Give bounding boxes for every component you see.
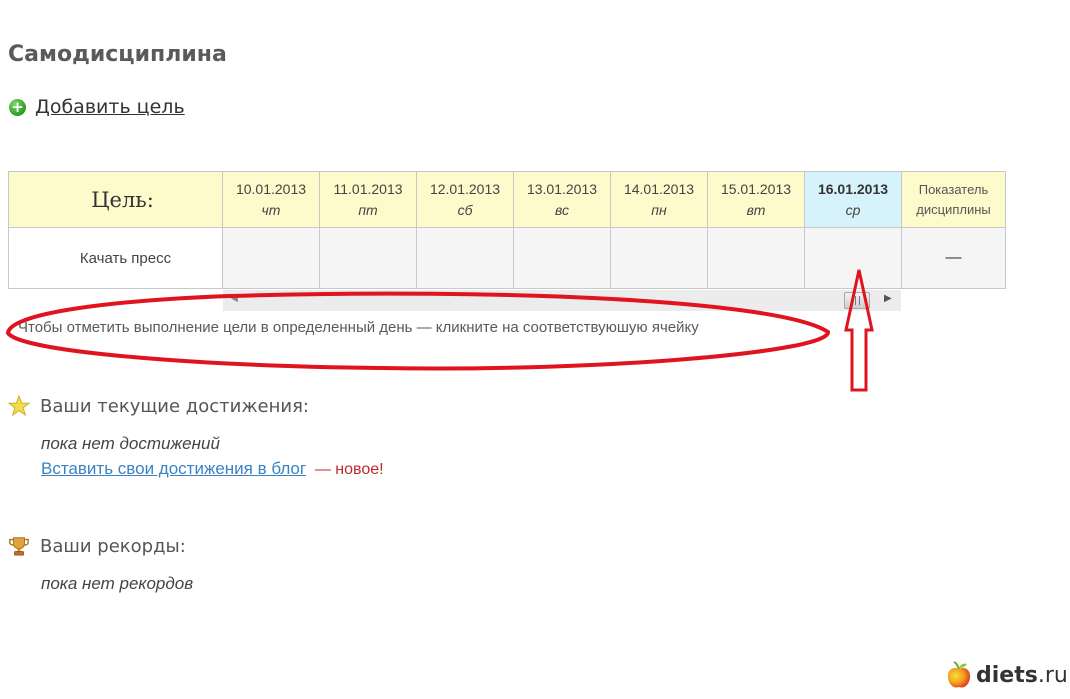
goal-column-header: Цель:	[9, 172, 223, 228]
weekday-label: вс	[514, 200, 610, 221]
records-empty-text: пока нет рекордов	[41, 574, 193, 594]
diets-logo[interactable]: diets.ru	[946, 660, 1068, 690]
hint-text: Чтобы отметить выполнение цели в определ…	[18, 319, 699, 336]
goals-table: Цель: 10.01.2013чт11.01.2013пт12.01.2013…	[8, 171, 1006, 289]
scroll-right-arrow-icon[interactable]: ▶	[884, 293, 892, 304]
goal-name-cell: Качать пресс	[9, 228, 223, 289]
table-header-row: Цель: 10.01.2013чт11.01.2013пт12.01.2013…	[9, 172, 1006, 228]
plus-circle-icon: +	[9, 99, 26, 116]
date-label: 14.01.2013	[624, 181, 694, 197]
weekday-label: сб	[417, 200, 513, 221]
date-header: 12.01.2013сб	[417, 172, 514, 228]
blog-line: Вставить свои достижения в блог — новое!	[41, 459, 384, 479]
weekday-label: пн	[611, 200, 707, 221]
date-header: 15.01.2013вт	[708, 172, 805, 228]
date-header: 11.01.2013пт	[320, 172, 417, 228]
date-label: 15.01.2013	[721, 181, 791, 197]
score-header-line: Показатель	[902, 180, 1005, 200]
day-mark-cell[interactable]	[417, 228, 514, 289]
horizontal-scrollbar[interactable]: ◀ ▶	[223, 290, 901, 311]
date-label: 16.01.2013	[818, 181, 888, 197]
add-goal-button[interactable]: + Добавить цель	[9, 96, 185, 118]
day-mark-cell[interactable]	[223, 228, 320, 289]
weekday-label: пт	[320, 200, 416, 221]
insert-achievements-blog-link[interactable]: Вставить свои достижения в блог	[41, 459, 306, 478]
date-label: 11.01.2013	[333, 181, 402, 197]
scrollbar-thumb[interactable]	[844, 292, 870, 309]
records-heading: Ваши рекорды:	[8, 535, 186, 557]
discipline-score-header: Показательдисциплины	[902, 172, 1006, 228]
achievements-title: Ваши текущие достижения:	[40, 396, 309, 417]
date-header: 14.01.2013пн	[611, 172, 708, 228]
weekday-label: вт	[708, 200, 804, 221]
weekday-label: ср	[805, 200, 901, 221]
discipline-score-cell: —	[902, 228, 1006, 289]
new-badge: — новое!	[315, 461, 384, 478]
records-title: Ваши рекорды:	[40, 536, 186, 557]
day-mark-cell[interactable]	[514, 228, 611, 289]
trophy-icon	[8, 535, 30, 557]
date-label: 12.01.2013	[430, 181, 500, 197]
scroll-left-arrow-icon[interactable]: ◀	[231, 294, 238, 304]
date-label: 13.01.2013	[527, 181, 597, 197]
date-header: 13.01.2013вс	[514, 172, 611, 228]
day-mark-cell[interactable]	[611, 228, 708, 289]
logo-text: diets.ru	[976, 663, 1068, 688]
date-header-today: 16.01.2013ср	[805, 172, 902, 228]
apple-logo-icon	[946, 660, 972, 690]
day-mark-cell[interactable]	[805, 228, 902, 289]
achievements-heading: Ваши текущие достижения:	[8, 395, 309, 417]
day-mark-cell[interactable]	[708, 228, 805, 289]
day-mark-cell[interactable]	[320, 228, 417, 289]
star-icon	[8, 395, 30, 417]
grip-icon	[855, 296, 860, 305]
date-header: 10.01.2013чт	[223, 172, 320, 228]
table-row: Качать пресс—	[9, 228, 1006, 289]
achievements-empty-text: пока нет достижений	[41, 434, 220, 454]
page-title: Самодисциплина	[8, 42, 227, 67]
weekday-label: чт	[223, 200, 319, 221]
date-label: 10.01.2013	[236, 181, 306, 197]
score-header-line: дисциплины	[902, 200, 1005, 220]
add-goal-link[interactable]: Добавить цель	[35, 96, 185, 118]
